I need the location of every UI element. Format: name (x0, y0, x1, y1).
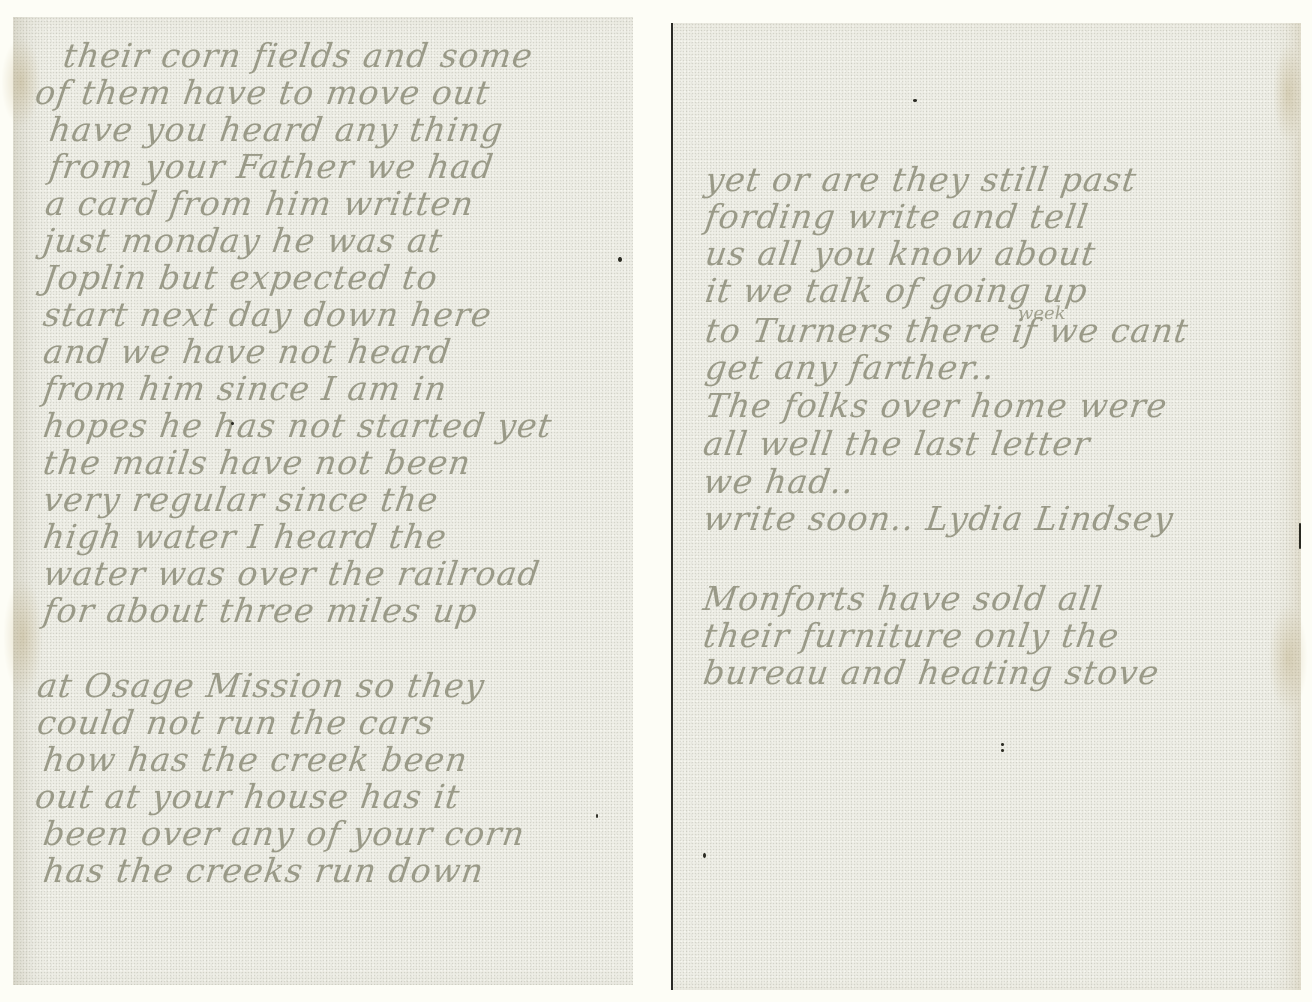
letter-line: The folks over home were (703, 387, 1170, 424)
letter-line: all well the last letter (701, 425, 1093, 462)
letter-line: to Turners there if we cant (703, 312, 1191, 349)
letter-line: a card from him written (43, 185, 477, 222)
letter-line: and we have not heard (41, 333, 454, 370)
letter-line: fording write and tell (703, 198, 1091, 235)
letter-line: Monforts have sold all (701, 580, 1105, 617)
letter-line: the mails have not been (41, 444, 474, 481)
ink-speck (1001, 749, 1004, 752)
letter-line: their furniture only the (701, 617, 1122, 654)
letter-line: from your Father we had (47, 148, 496, 185)
letter-line: how has the creek been (41, 741, 471, 778)
letter-line: bureau and heating stove (701, 654, 1162, 691)
ink-speck (596, 814, 598, 818)
letter-line: at Osage Mission so they (35, 667, 488, 704)
letter-line: out at your house has it (33, 778, 463, 815)
letter-line: we had.. (701, 463, 857, 500)
ink-speck (703, 853, 706, 858)
letter-line: of them have to move out (33, 74, 493, 111)
signature-line: write soon.. Lydia Lindsey (701, 500, 1176, 537)
paper-stain (1, 37, 41, 127)
letter-line: from him since I am in (41, 370, 450, 407)
letter-line: high water I heard the (41, 518, 450, 555)
letter-line: hopes he has not started yet (41, 407, 555, 444)
letter-line: their corn fields and some (61, 37, 536, 74)
paper-stain (3, 577, 43, 697)
letter-page-right: yet or are they still past fording write… (671, 23, 1301, 990)
letter-line: very regular since the (41, 481, 441, 518)
ink-speck (231, 422, 234, 425)
letter-line: just monday he was at (41, 222, 445, 259)
letter-line: for about three miles up (41, 592, 481, 629)
letter-page-left: their corn fields and some of them have … (13, 17, 633, 985)
letter-line: water was over the railroad (41, 555, 543, 592)
letter-line: start next day down here (41, 296, 495, 333)
letter-line: yet or are they still past (703, 161, 1139, 198)
ink-speck (1001, 743, 1004, 746)
letter-line: get any farther.. (703, 349, 998, 386)
letter-line: have you heard any thing (47, 111, 506, 148)
letter-line: us all you know about (703, 235, 1099, 272)
paper-stain (1273, 43, 1303, 143)
letter-line: Joplin but expected to (41, 259, 441, 296)
ink-speck (1299, 523, 1301, 549)
letter-line: been over any of your corn (41, 815, 528, 852)
letter-line: could not run the cars (35, 704, 437, 741)
letter-line: has the creeks run down (41, 852, 487, 889)
ink-speck (913, 99, 917, 102)
ink-speck (618, 257, 622, 262)
paper-stain (1268, 603, 1308, 713)
